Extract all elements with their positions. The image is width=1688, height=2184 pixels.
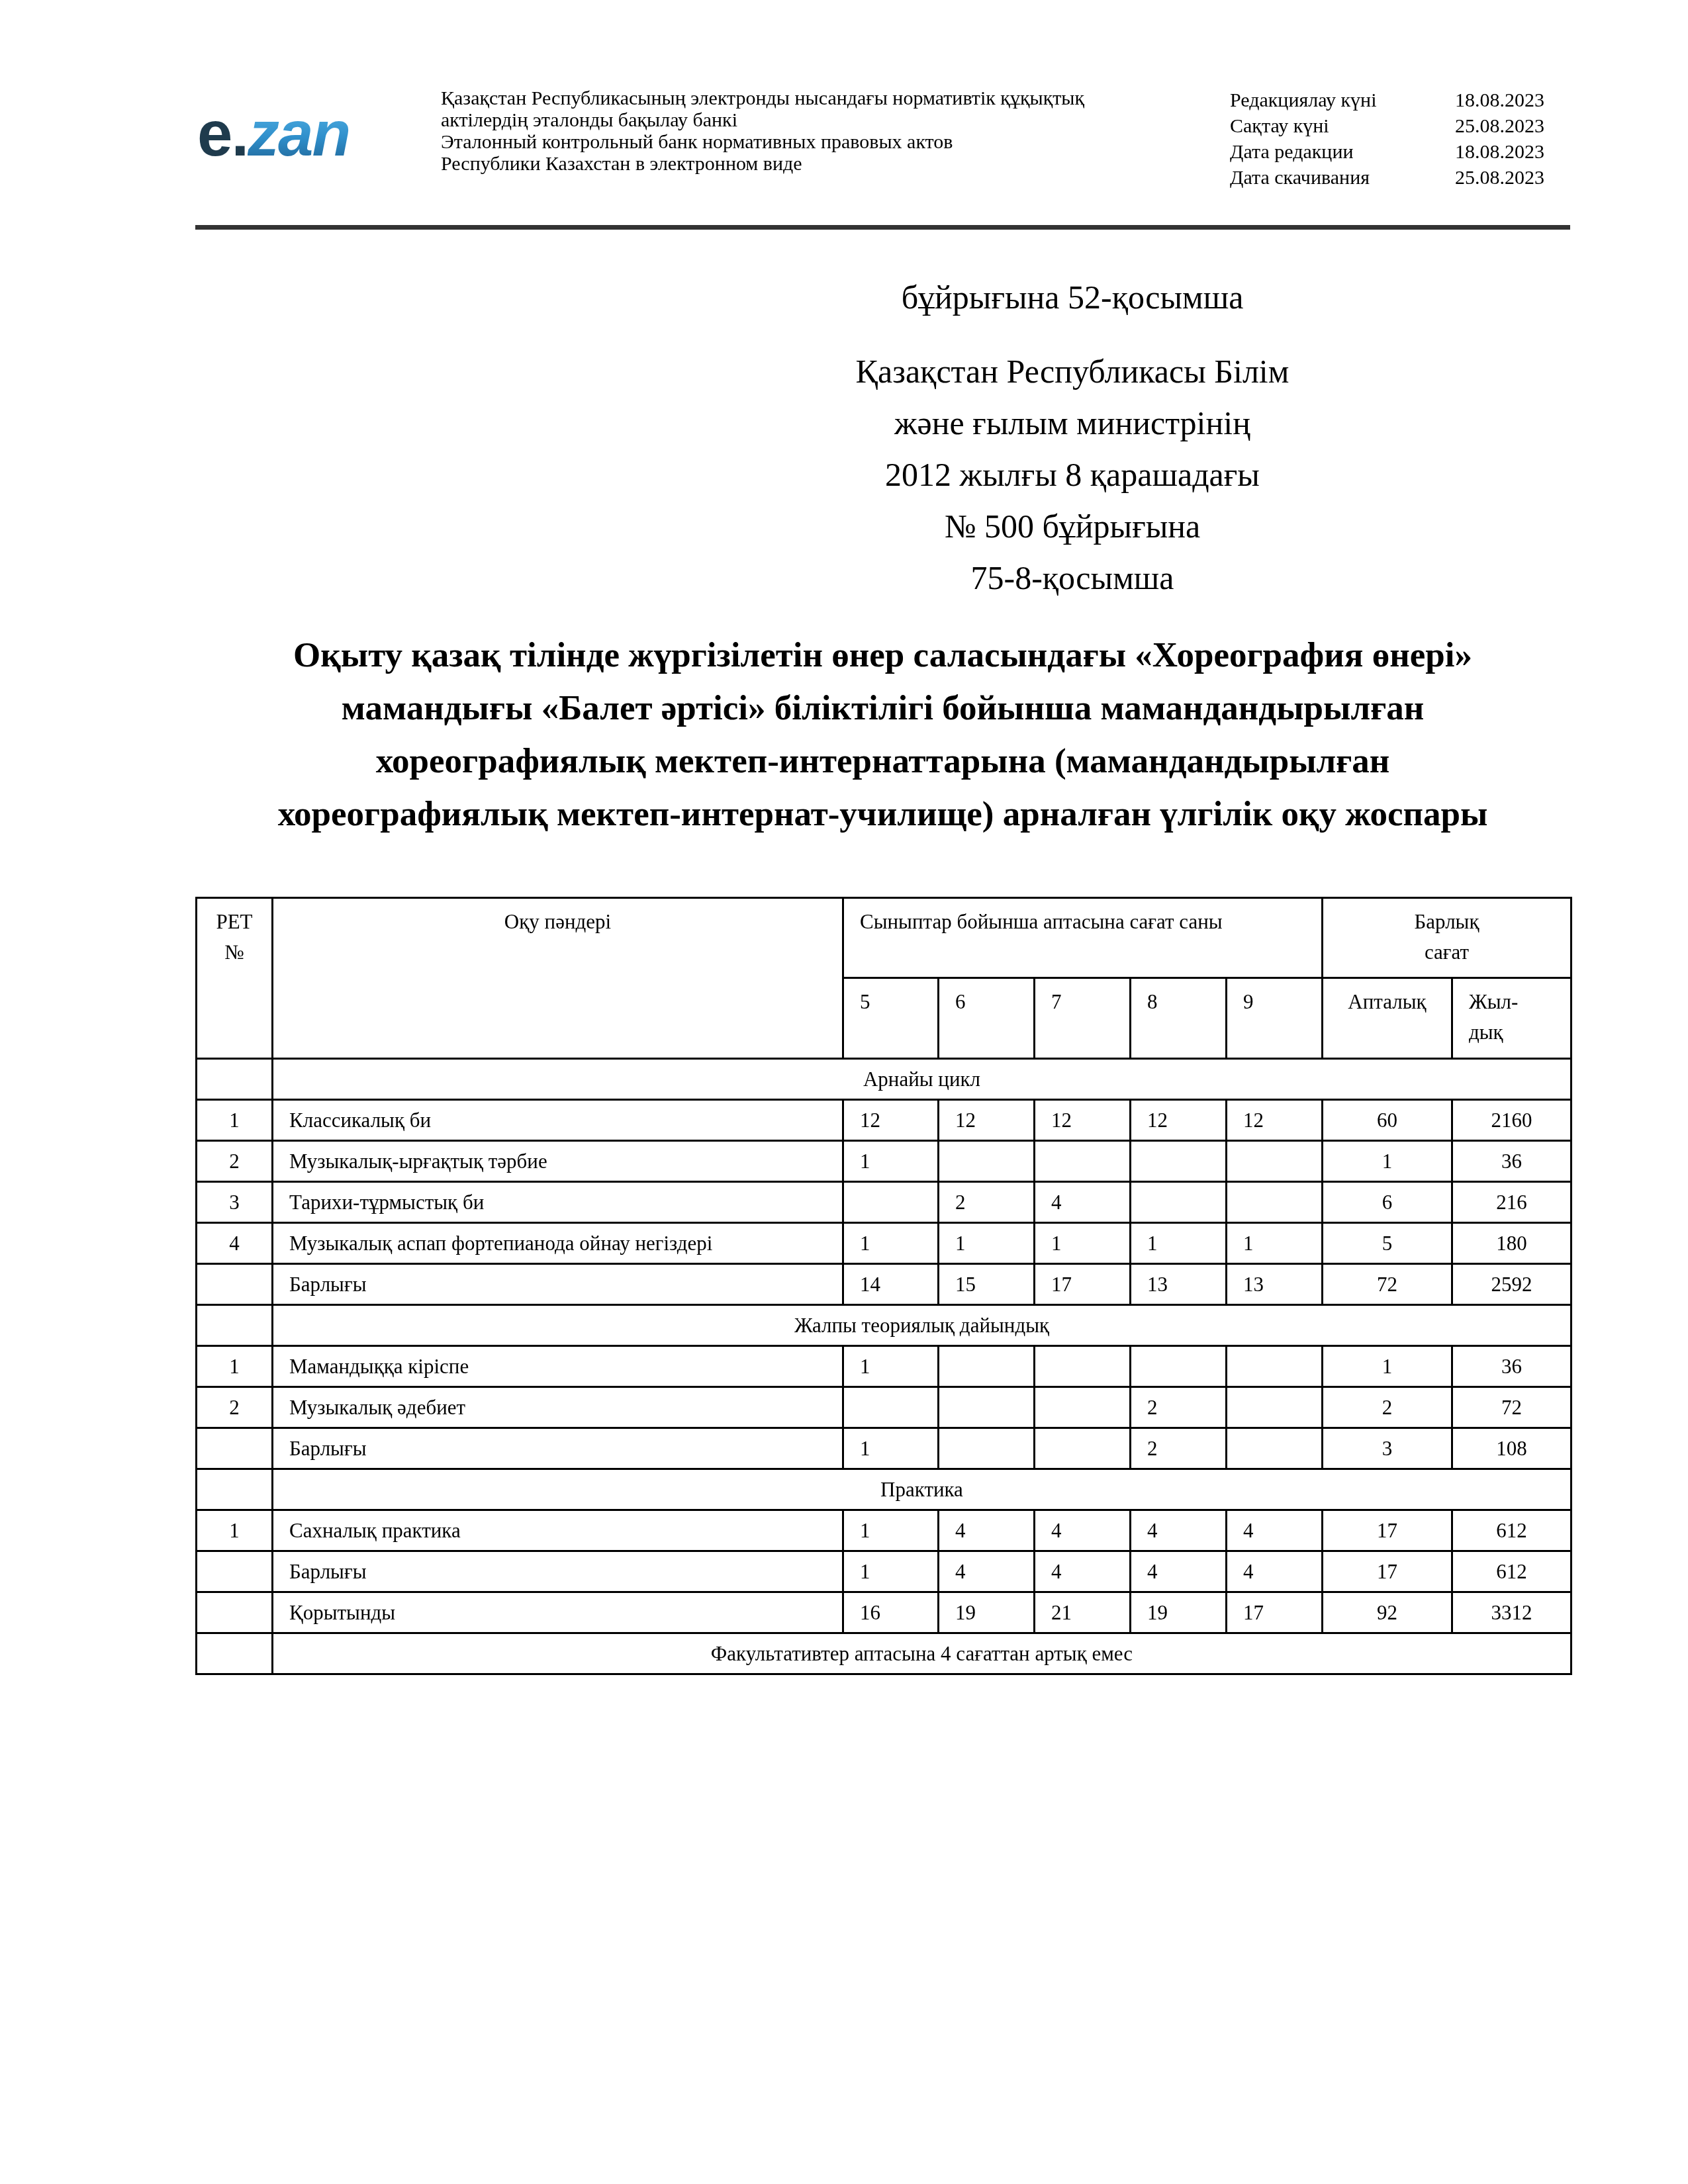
section-row: Жалпы теориялық дайындық xyxy=(197,1305,1571,1346)
row-number: 3 xyxy=(197,1182,273,1223)
header-subjects: Оқу пәндері xyxy=(273,898,843,1059)
grade-hours-9: 12 xyxy=(1227,1100,1323,1141)
header-grade-9: 9 xyxy=(1227,978,1323,1059)
header-divider xyxy=(195,225,1570,230)
subject-name: Барлығы xyxy=(273,1551,843,1592)
yearly-total: 612 xyxy=(1452,1510,1571,1551)
grade-hours-9: 13 xyxy=(1227,1264,1323,1305)
section-label: Жалпы теориялық дайындық xyxy=(273,1305,1571,1346)
header-grades-group: Сыныптар бойынша аптасына сағат саны xyxy=(843,898,1323,978)
grade-hours-7 xyxy=(1035,1346,1131,1387)
header-weekly: Апталық xyxy=(1323,978,1452,1059)
grade-hours-7: 1 xyxy=(1035,1223,1131,1264)
grade-hours-6: 1 xyxy=(939,1223,1035,1264)
row-number: 1 xyxy=(197,1346,273,1387)
title-line: хореографиялық мектеп-интернаттарына (ма… xyxy=(195,735,1570,788)
meta-label: Дата скачивания xyxy=(1230,165,1438,191)
grade-hours-9 xyxy=(1227,1387,1323,1428)
grade-hours-7: 4 xyxy=(1035,1182,1131,1223)
title-line: мамандығы «Балет әртісі» біліктілігі бой… xyxy=(195,682,1570,735)
header-grade-6: 6 xyxy=(939,978,1035,1059)
row-number xyxy=(197,1592,273,1633)
grade-hours-5: 1 xyxy=(843,1346,939,1387)
weekly-total: 92 xyxy=(1323,1592,1452,1633)
title-line: хореографиялық мектеп-интернат-училище) … xyxy=(195,788,1570,841)
table-row: Барлығы1444417612 xyxy=(197,1551,1571,1592)
yearly-total: 72 xyxy=(1452,1387,1571,1428)
row-number: 1 xyxy=(197,1100,273,1141)
title-line: Оқыту қазақ тілінде жүргізілетін өнер са… xyxy=(195,629,1570,682)
logo-suffix: zan xyxy=(248,99,350,169)
grade-hours-6 xyxy=(939,1141,1035,1182)
header-yearly-text: Жыл-дық xyxy=(1469,987,1522,1048)
yearly-total: 2160 xyxy=(1452,1100,1571,1141)
grade-hours-5 xyxy=(843,1387,939,1428)
grade-hours-7 xyxy=(1035,1428,1131,1469)
grade-hours-9: 17 xyxy=(1227,1592,1323,1633)
document-title: Оқыту қазақ тілінде жүргізілетін өнер са… xyxy=(195,629,1570,841)
grade-hours-8 xyxy=(1131,1346,1227,1387)
grade-hours-7: 12 xyxy=(1035,1100,1131,1141)
subject-name: Классикалық би xyxy=(273,1100,843,1141)
grade-hours-8: 12 xyxy=(1131,1100,1227,1141)
grade-hours-9: 1 xyxy=(1227,1223,1323,1264)
organization-name: Қазақстан Республикасының электронды ныс… xyxy=(441,87,1084,175)
logo-dot: . xyxy=(231,99,248,169)
logo-prefix: e xyxy=(197,99,231,169)
section-row: Факультативтер аптасына 4 сағаттан артық… xyxy=(197,1633,1571,1674)
grade-hours-8 xyxy=(1131,1141,1227,1182)
header-number: РЕТ № xyxy=(197,898,273,1059)
grade-hours-6: 12 xyxy=(939,1100,1035,1141)
header-number-text: РЕТ № xyxy=(211,907,258,968)
section-number-cell xyxy=(197,1633,273,1674)
yearly-total: 612 xyxy=(1452,1551,1571,1592)
weekly-total: 1 xyxy=(1323,1141,1452,1182)
grade-hours-5: 1 xyxy=(843,1551,939,1592)
header-totals-group: Барлық сағат xyxy=(1323,898,1571,978)
table-row: 3Тарихи-тұрмыстық би246216 xyxy=(197,1182,1571,1223)
row-number: 2 xyxy=(197,1387,273,1428)
yearly-total: 3312 xyxy=(1452,1592,1571,1633)
grade-hours-8: 2 xyxy=(1131,1387,1227,1428)
yearly-total: 216 xyxy=(1452,1182,1571,1223)
table-header-row: РЕТ № Оқу пәндері Сыныптар бойынша аптас… xyxy=(197,898,1571,978)
section-number-cell xyxy=(197,1469,273,1510)
grade-hours-7: 21 xyxy=(1035,1592,1131,1633)
annex-line: № 500 бұйрығына xyxy=(814,500,1331,552)
table-row: 1Сахналық практика1444417612 xyxy=(197,1510,1571,1551)
subject-name: Барлығы xyxy=(273,1428,843,1469)
table-row: 2Музыкалық-ырғақтық тәрбие1136 xyxy=(197,1141,1571,1182)
yearly-total: 36 xyxy=(1452,1141,1571,1182)
row-number: 2 xyxy=(197,1141,273,1182)
grade-hours-7: 4 xyxy=(1035,1551,1131,1592)
weekly-total: 2 xyxy=(1323,1387,1452,1428)
meta-row: Сақтау күні25.08.2023 xyxy=(1230,113,1544,139)
grade-hours-9: 4 xyxy=(1227,1510,1323,1551)
section-row: Арнайы цикл xyxy=(197,1059,1571,1100)
org-line: Республики Казахстан в электронном виде xyxy=(441,153,1084,175)
grade-hours-7: 4 xyxy=(1035,1510,1131,1551)
meta-row: Дата скачивания25.08.2023 xyxy=(1230,165,1544,191)
grade-hours-8 xyxy=(1131,1182,1227,1223)
section-row: Практика xyxy=(197,1469,1571,1510)
grade-hours-7 xyxy=(1035,1141,1131,1182)
annex-line: 75-8-қосымша xyxy=(814,552,1331,604)
header-totals-text: Барлық сағат xyxy=(1407,907,1487,968)
grade-hours-9 xyxy=(1227,1141,1323,1182)
grade-hours-5: 12 xyxy=(843,1100,939,1141)
weekly-total: 6 xyxy=(1323,1182,1452,1223)
weekly-total: 1 xyxy=(1323,1346,1452,1387)
table-row: 1Классикалық би1212121212602160 xyxy=(197,1100,1571,1141)
grade-hours-7: 17 xyxy=(1035,1264,1131,1305)
yearly-total: 108 xyxy=(1452,1428,1571,1469)
grade-hours-6: 19 xyxy=(939,1592,1035,1633)
subject-name: Музыкалық әдебиет xyxy=(273,1387,843,1428)
meta-value: 18.08.2023 xyxy=(1438,87,1544,113)
grade-hours-8: 4 xyxy=(1131,1510,1227,1551)
table-row: Қорытынды1619211917923312 xyxy=(197,1592,1571,1633)
section-label: Факультативтер аптасына 4 сағаттан артық… xyxy=(273,1633,1571,1674)
grade-hours-6: 4 xyxy=(939,1551,1035,1592)
grade-hours-6: 4 xyxy=(939,1510,1035,1551)
table-row: 2Музыкалық әдебиет2272 xyxy=(197,1387,1571,1428)
table-row: Барлығы1415171313722592 xyxy=(197,1264,1571,1305)
grade-hours-8: 19 xyxy=(1131,1592,1227,1633)
meta-label: Редакциялау күні xyxy=(1230,87,1438,113)
org-line: Қазақстан Республикасының электронды ныс… xyxy=(441,87,1084,109)
meta-value: 18.08.2023 xyxy=(1438,139,1544,165)
grade-hours-6 xyxy=(939,1346,1035,1387)
header-grade-5: 5 xyxy=(843,978,939,1059)
grade-hours-5: 14 xyxy=(843,1264,939,1305)
grade-hours-7 xyxy=(1035,1387,1131,1428)
section-number-cell xyxy=(197,1059,273,1100)
subject-name: Қорытынды xyxy=(273,1592,843,1633)
meta-row: Дата редакции18.08.2023 xyxy=(1230,139,1544,165)
grade-hours-6: 2 xyxy=(939,1182,1035,1223)
row-number xyxy=(197,1551,273,1592)
grade-hours-8: 4 xyxy=(1131,1551,1227,1592)
grade-hours-5: 16 xyxy=(843,1592,939,1633)
table-row: Барлығы123108 xyxy=(197,1428,1571,1469)
weekly-total: 72 xyxy=(1323,1264,1452,1305)
grade-hours-6 xyxy=(939,1428,1035,1469)
grade-hours-8: 2 xyxy=(1131,1428,1227,1469)
row-number xyxy=(197,1264,273,1305)
meta-value: 25.08.2023 xyxy=(1438,113,1544,139)
weekly-total: 3 xyxy=(1323,1428,1452,1469)
row-number: 4 xyxy=(197,1223,273,1264)
header-grade-7: 7 xyxy=(1035,978,1131,1059)
section-label: Арнайы цикл xyxy=(273,1059,1571,1100)
weekly-total: 17 xyxy=(1323,1551,1452,1592)
subject-name: Мамандыққа кіріспе xyxy=(273,1346,843,1387)
table-row: 1Мамандыққа кіріспе1136 xyxy=(197,1346,1571,1387)
grade-hours-8: 13 xyxy=(1131,1264,1227,1305)
grade-hours-5: 1 xyxy=(843,1428,939,1469)
annex-line: Қазақстан Республикасы Білім xyxy=(814,345,1331,397)
grade-hours-5: 1 xyxy=(843,1141,939,1182)
annex-line: және ғылым министрінің xyxy=(814,397,1331,449)
yearly-total: 36 xyxy=(1452,1346,1571,1387)
meta-value: 25.08.2023 xyxy=(1438,165,1544,191)
document-dates: Редакциялау күні18.08.2023 Сақтау күні25… xyxy=(1230,87,1544,191)
subject-name: Музыкалық-ырғақтық тәрбие xyxy=(273,1141,843,1182)
subject-name: Тарихи-тұрмыстық би xyxy=(273,1182,843,1223)
grade-hours-6: 15 xyxy=(939,1264,1035,1305)
annex-line: 2012 жылғы 8 қарашадағы xyxy=(814,449,1331,500)
row-number: 1 xyxy=(197,1510,273,1551)
header-yearly: Жыл-дық xyxy=(1452,978,1571,1059)
ezan-logo: e.zan xyxy=(197,106,386,163)
row-number xyxy=(197,1428,273,1469)
annex-order-reference: Қазақстан Республикасы Білім және ғылым … xyxy=(814,345,1331,604)
grade-hours-9: 4 xyxy=(1227,1551,1323,1592)
subject-name: Барлығы xyxy=(273,1264,843,1305)
grade-hours-5 xyxy=(843,1182,939,1223)
grade-hours-6 xyxy=(939,1387,1035,1428)
yearly-total: 2592 xyxy=(1452,1264,1571,1305)
table-row: 4Музыкалық аспап фортепианода ойнау негі… xyxy=(197,1223,1571,1264)
section-number-cell xyxy=(197,1305,273,1346)
org-line: актілердің эталонды бақылау банкі xyxy=(441,109,1084,131)
subject-name: Музыкалық аспап фортепианода ойнау негіз… xyxy=(273,1223,843,1264)
section-label: Практика xyxy=(273,1469,1571,1510)
meta-label: Дата редакции xyxy=(1230,139,1438,165)
curriculum-table: РЕТ № Оқу пәндері Сыныптар бойынша аптас… xyxy=(195,897,1572,1675)
subject-name: Сахналық практика xyxy=(273,1510,843,1551)
meta-row: Редакциялау күні18.08.2023 xyxy=(1230,87,1544,113)
meta-label: Сақтау күні xyxy=(1230,113,1438,139)
weekly-total: 17 xyxy=(1323,1510,1452,1551)
weekly-total: 5 xyxy=(1323,1223,1452,1264)
grade-hours-9 xyxy=(1227,1346,1323,1387)
weekly-total: 60 xyxy=(1323,1100,1452,1141)
grade-hours-9 xyxy=(1227,1428,1323,1469)
grade-hours-9 xyxy=(1227,1182,1323,1223)
org-line: Эталонный контрольный банк нормативных п… xyxy=(441,131,1084,153)
grade-hours-8: 1 xyxy=(1131,1223,1227,1264)
annex-reference: бұйрығына 52-қосымша xyxy=(814,271,1331,323)
yearly-total: 180 xyxy=(1452,1223,1571,1264)
header-grade-8: 8 xyxy=(1131,978,1227,1059)
grade-hours-5: 1 xyxy=(843,1223,939,1264)
grade-hours-5: 1 xyxy=(843,1510,939,1551)
